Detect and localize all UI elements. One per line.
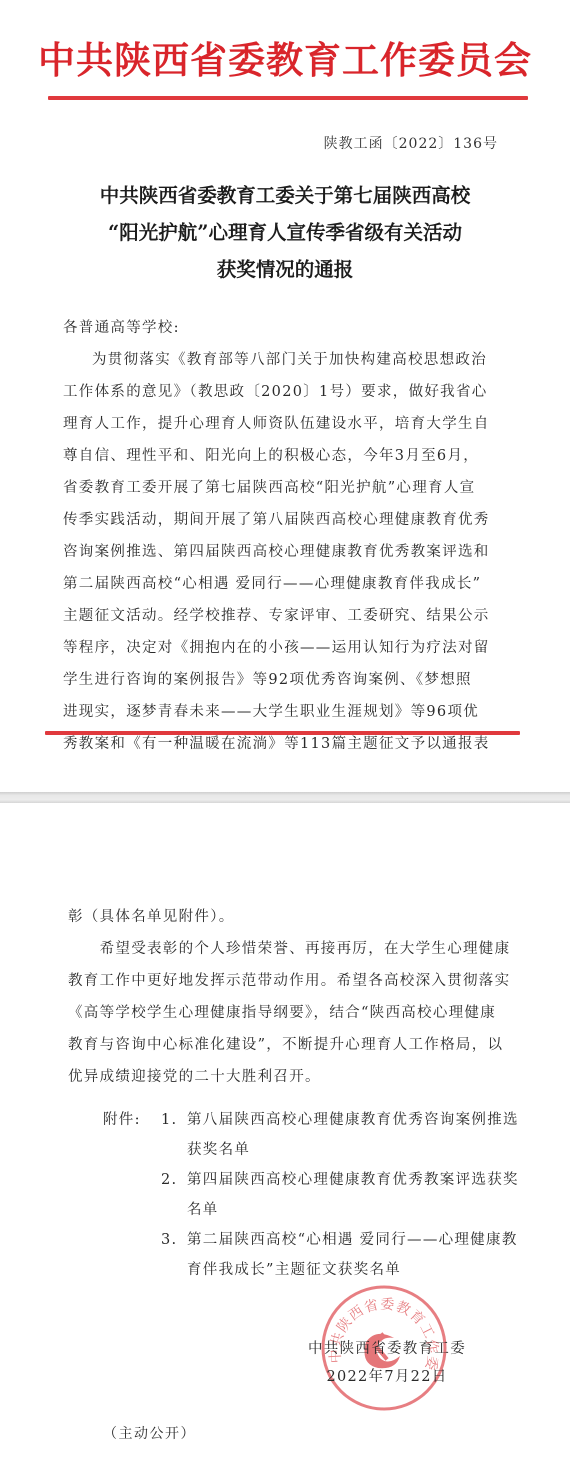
attachment-item: 附件: 1. 第八届陕西高校心理健康教育优秀咨询案例推选 <box>103 1105 519 1135</box>
signature-block: 中共陕西省委教育工委 2022年7月22日 <box>308 1335 466 1391</box>
document-page-2: 彰（具体名单见附件）。 希望受表彰的个人珍惜荣誉、再接再厉，在大学生心理健康 教… <box>0 803 570 1463</box>
issuing-organization-header: 中共陕西省委教育工作委员会 <box>0 38 570 82</box>
paragraph-line: 优异成绩迎接党的二十大胜利召开。 <box>68 1061 493 1093</box>
paragraph-line: 教育与咨询中心标准化建设”，不断提升心理育人工作格局，以 <box>68 1029 493 1061</box>
attachments-list: 附件: 1. 第八届陕西高校心理健康教育优秀咨询案例推选 获奖名单 2. 第四届… <box>103 1105 519 1285</box>
attachment-title: 第八届陕西高校心理健康教育优秀咨询案例推选 <box>187 1105 519 1135</box>
body-paragraph: 彰（具体名单见附件）。 希望受表彰的个人珍惜荣誉、再接再厉，在大学生心理健康 教… <box>68 901 493 1093</box>
salutation: 各普通高等学校: <box>63 312 488 344</box>
attachments-label: 附件: <box>103 1105 161 1135</box>
paragraph-line: 工作体系的意见》（教思政〔2020〕1号）要求，做好我省心 <box>63 376 488 408</box>
paragraph-line: 《高等学校学生心理健康指导纲要》，结合“陕西高校心理健康 <box>68 997 493 1029</box>
paragraph-line: 彰（具体名单见附件）。 <box>68 901 493 933</box>
paragraph-line: 等程序，决定对《拥抱内在的小孩——运用认知行为疗法对留 <box>63 632 488 664</box>
paragraph-line: 教育工作中更好地发挥示范带动作用。希望各高校深入贯彻落实 <box>68 965 493 997</box>
attachment-number: 3. <box>161 1225 187 1255</box>
attachment-title: 获奖名单 <box>187 1135 250 1165</box>
paragraph-line: 为贯彻落实《教育部等八部门关于加快构建高校思想政治 <box>63 344 488 376</box>
attachment-number: 1. <box>161 1105 187 1135</box>
paragraph-line: 咨询案例推选、第四届陕西高校心理健康教育优秀教案评选和 <box>63 536 488 568</box>
paragraph-line: 省委教育工委开展了第七届陕西高校“阳光护航”心理育人宣 <box>63 472 488 504</box>
paragraph-line: 希望受表彰的个人珍惜荣誉、再接再厉，在大学生心理健康 <box>68 933 493 965</box>
paragraph-line: 学生进行咨询的案例报告》等92项优秀咨询案例、《梦想照 <box>63 664 488 696</box>
attachment-title: 第二届陕西高校“心相遇 爱同行——心理健康教 <box>187 1225 518 1255</box>
attachment-title: 名单 <box>187 1195 219 1225</box>
paragraph-line: 尊自信、理性平和、阳光向上的积极心态，今年3月至6月， <box>63 440 488 472</box>
document-number: 陕教工函〔2022〕136号 <box>324 133 498 153</box>
attachment-item: 3. 第二届陕西高校“心相遇 爱同行——心理健康教 <box>103 1225 519 1255</box>
paragraph-line: 第二届陕西高校“心相遇 爱同行——心理健康教育伴我成长” <box>63 568 488 600</box>
page-separator <box>0 792 570 803</box>
attachment-item: 2. 第四届陕西高校心理健康教育优秀教案评选获奖 <box>103 1165 519 1195</box>
attachment-title: 第四届陕西高校心理健康教育优秀教案评选获奖 <box>187 1165 519 1195</box>
title-line: “阳光护航”心理育人宣传季省级有关活动 <box>0 214 570 251</box>
paragraph-line: 进现实，逐梦青春未来——大学生职业生涯规划》等96项优 <box>63 696 488 728</box>
title-line: 中共陕西省委教育工委关于第七届陕西高校 <box>0 177 570 214</box>
disclosure-note: （主动公开） <box>103 1423 196 1443</box>
attachment-number: 2. <box>161 1165 187 1195</box>
footer-red-rule <box>45 731 520 735</box>
signing-organization: 中共陕西省委教育工委 <box>308 1335 466 1363</box>
attachment-title: 育伴我成长”主题征文获奖名单 <box>187 1255 401 1285</box>
paragraph-line: 理育人工作，提升心理育人师资队伍建设水平，培育大学生自 <box>63 408 488 440</box>
paragraph-line: 主题征文活动。经学校推荐、专家评审、工委研究、结果公示 <box>63 600 488 632</box>
document-title: 中共陕西省委教育工委关于第七届陕西高校 “阳光护航”心理育人宣传季省级有关活动 … <box>0 177 570 288</box>
paragraph-line: 传季实践活动，期间开展了第八届陕西高校心理健康教育优秀 <box>63 504 488 536</box>
body-paragraph: 为贯彻落实《教育部等八部门关于加快构建高校思想政治 工作体系的意见》（教思政〔2… <box>63 344 488 760</box>
header-red-rule <box>48 96 528 100</box>
title-line: 获奖情况的通报 <box>0 251 570 288</box>
signing-date: 2022年7月22日 <box>308 1363 466 1391</box>
document-page-1: 中共陕西省委教育工作委员会 陕教工函〔2022〕136号 中共陕西省委教育工委关… <box>0 0 570 792</box>
